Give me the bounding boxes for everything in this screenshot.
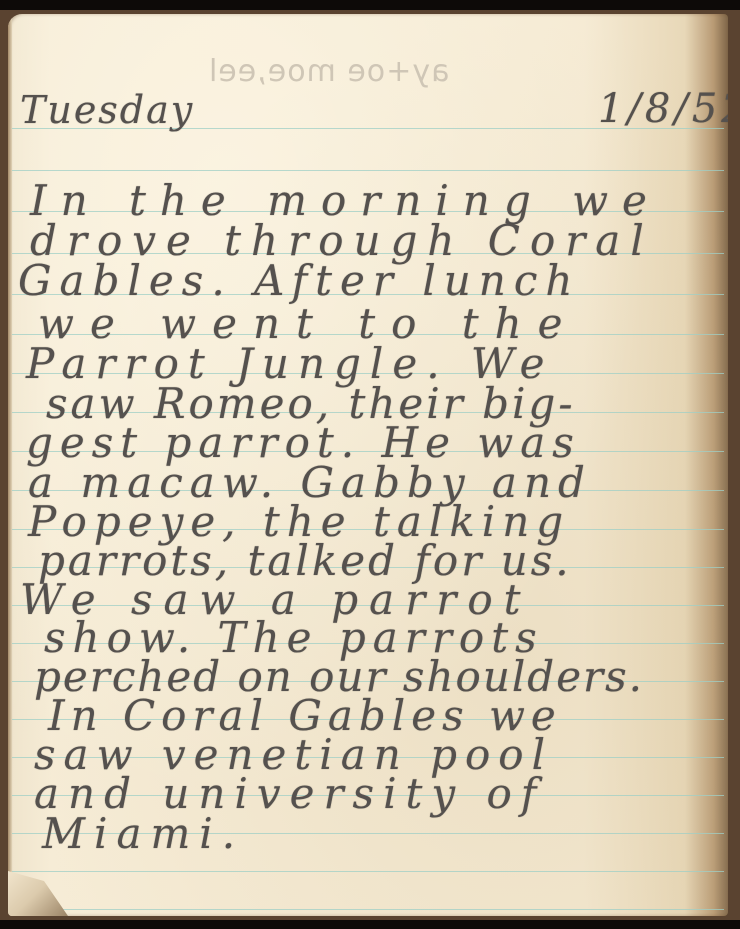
- entry-date: 1/8/52: [598, 86, 728, 132]
- entry-line: Gables. After lunch: [18, 256, 580, 305]
- ruled-line: [12, 170, 724, 171]
- entry-line: Miami.: [42, 809, 244, 858]
- dog-eared-corner: [8, 866, 68, 916]
- ruled-line: [12, 909, 724, 910]
- ruled-line: [12, 871, 724, 872]
- entry-day: Tuesday: [20, 88, 194, 132]
- diary-page: ay+oe moe,eel Tuesday 1/8/52 In the morn…: [8, 14, 728, 916]
- diary-book: ay+oe moe,eel Tuesday 1/8/52 In the morn…: [0, 10, 740, 920]
- bleedthrough-text: ay+oe moe,eel: [208, 54, 449, 89]
